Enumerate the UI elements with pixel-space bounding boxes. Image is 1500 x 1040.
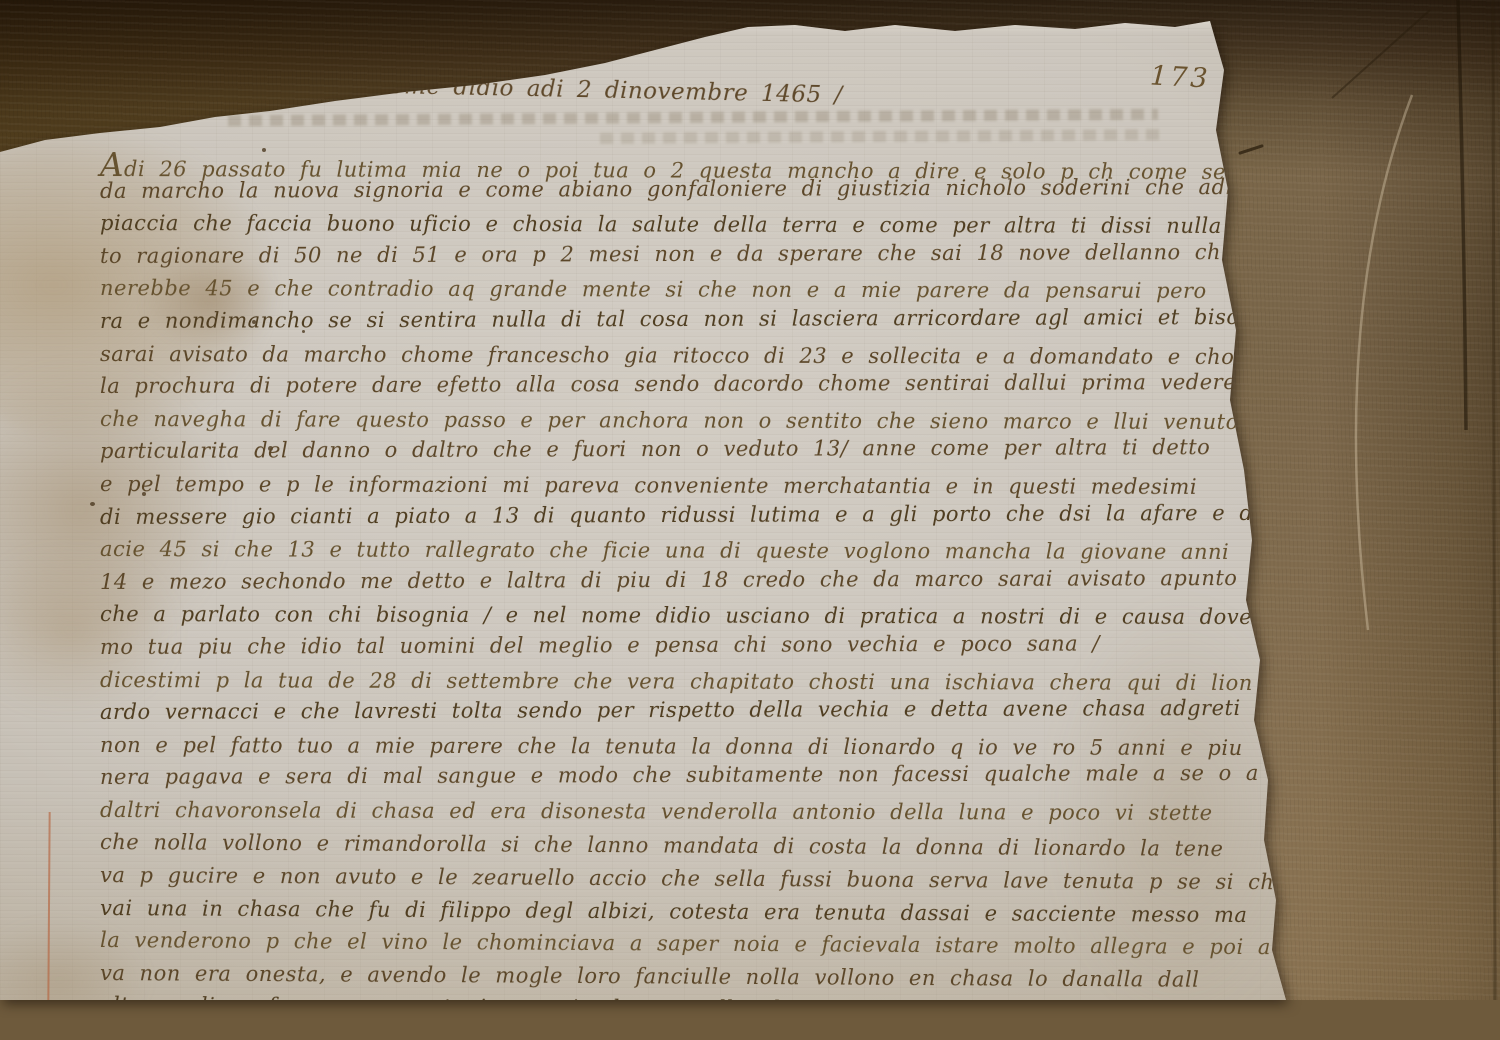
letter-body: Adi 26 passato fu lutima mia ne o poi tu…	[100, 146, 1260, 1000]
manuscript-page-wrapper: al nome didio adi 2 dinovembre 1465 / 17…	[0, 0, 1500, 1000]
red-margin-line	[47, 812, 50, 1000]
ink-speck	[90, 502, 95, 506]
manuscript-text-line: to ragionare di 50 ne di 51 e ora p 2 me…	[100, 240, 1260, 277]
manuscript-text-line: la prochura di potere dare efetto alla c…	[100, 370, 1260, 407]
manuscript-text-line: nera pagava e sera di mal sangue e modo …	[100, 761, 1260, 798]
manuscript-text-line: daltri chavoronsela di chasa ed era diso…	[100, 798, 1260, 834]
ink-bleedthrough	[600, 129, 1160, 144]
ink-bleedthrough	[228, 109, 1158, 126]
manuscript-text-line: di messere gio cianti a piato a 13 di qu…	[100, 500, 1260, 537]
manuscript-text-line: da marcho la nuova signoria e come abian…	[100, 175, 1260, 212]
manuscript-text-line: mo tua piu che idio tal uomini del megli…	[100, 631, 1260, 668]
manuscript-text-line: ra e nondimancho se si sentira nulla di …	[100, 305, 1260, 342]
manuscript-text-line: ardo vernacci e che lavresti tolta sendo…	[100, 696, 1260, 733]
manuscript-page: al nome didio adi 2 dinovembre 1465 / 17…	[0, 0, 1500, 1000]
manuscript-text-line: particularita del danno o daltro che e f…	[100, 435, 1260, 472]
invocation-cross-icon	[300, 87, 366, 92]
folio-number: 173	[1149, 60, 1211, 94]
manuscript-text-line: 14 e mezo sechondo me detto e laltra di …	[100, 566, 1260, 603]
date-invocation: al nome didio adi 2 dinovembre 1465 /	[339, 72, 842, 109]
